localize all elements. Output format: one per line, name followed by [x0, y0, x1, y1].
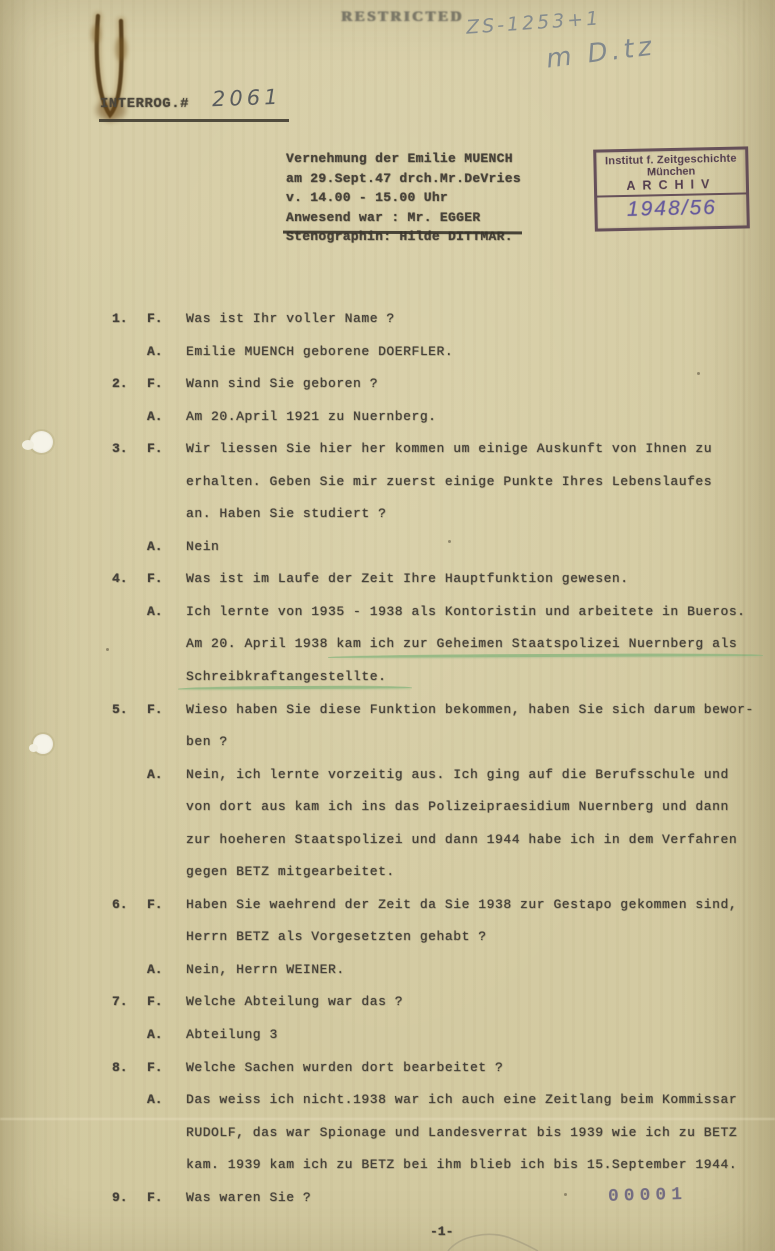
qa-number: 6. — [112, 897, 147, 912]
qa-label: A. — [147, 1092, 186, 1107]
paper-crease — [743, 0, 745, 1251]
qa-label: F. — [147, 376, 186, 391]
qa-text-line: Schreibkraftangestellte. — [186, 669, 767, 684]
qa-line: RUDOLF, das war Spionage und Landesverra… — [112, 1125, 767, 1158]
qa-line: 3.F.Wir liessen Sie hier her kommen um e… — [112, 441, 767, 474]
qa-line: A.Ich lernte von 1935 - 1938 als Kontori… — [112, 604, 767, 637]
qa-text-line: kam. 1939 kam ich zu BETZ bei ihm blieb … — [186, 1157, 767, 1172]
qa-line: Am 20. April 1938 kam ich zur Geheimen S… — [112, 636, 767, 669]
pencil-sketch-fragment — [430, 1232, 550, 1251]
punch-hole — [30, 431, 53, 453]
paper-speck — [564, 1193, 567, 1196]
qa-line: 4.F.Was ist im Laufe der Zeit Ihre Haupt… — [112, 571, 767, 604]
qa-text-line: Nein, Herrn WEINER. — [186, 962, 767, 977]
qa-text-line: Nein, ich lernte vorzeitig aus. Ich ging… — [186, 767, 767, 782]
qa-number: 8. — [112, 1060, 147, 1075]
header-line: v. 14.00 - 15.00 Uhr — [286, 188, 521, 208]
qa-line: an. Haben Sie studiert ? — [112, 506, 767, 539]
qa-text-line: Das weiss ich nicht.1938 war ich auch ei… — [186, 1092, 767, 1107]
qa-text-line: Am 20.April 1921 zu Nuernberg. — [186, 409, 767, 424]
qa-line: ben ? — [112, 734, 767, 767]
qa-number: 7. — [112, 994, 147, 1009]
qa-line: 8.F.Welche Sachen wurden dort bearbeitet… — [112, 1060, 767, 1093]
paper-speck — [697, 372, 700, 375]
qa-label: A. — [147, 962, 186, 977]
qa-number: 3. — [112, 441, 147, 456]
pencil-signature-note: ZS-1253+1 — [465, 7, 602, 38]
qa-label: A. — [147, 1027, 186, 1042]
qa-label: A. — [147, 604, 186, 619]
qa-label: F. — [147, 702, 186, 717]
qa-text-line: Wann sind Sie geboren ? — [186, 376, 767, 391]
qa-line: erhalten. Geben Sie mir zuerst einige Pu… — [112, 474, 767, 507]
qa-line: A.Nein — [112, 539, 767, 572]
qa-line: Schreibkraftangestellte. — [112, 669, 767, 702]
qa-number: 1. — [112, 311, 147, 326]
qa-number: 4. — [112, 571, 147, 586]
qa-text-line: Welche Abteilung war das ? — [186, 994, 767, 1009]
pencil-initials-note: m D.tz — [545, 31, 658, 74]
qa-line: A.Am 20.April 1921 zu Nuernberg. — [112, 409, 767, 442]
qa-label: F. — [147, 897, 186, 912]
serial-number-stamp: 00001 — [608, 1185, 688, 1207]
paper-speck — [448, 540, 451, 543]
qa-line: A.Abteilung 3 — [112, 1027, 767, 1060]
green-underlined-text: kam ich zur Geheimen Staatspolizei Nuern… — [336, 636, 737, 651]
qa-text-line: Haben Sie waehrend der Zeit da Sie 1938 … — [186, 897, 767, 912]
qa-label: A. — [147, 767, 186, 782]
qa-line: 1.F.Was ist Ihr voller Name ? — [112, 311, 767, 344]
qa-line: A.Nein, Herrn WEINER. — [112, 962, 767, 995]
document-page: RESTRICTED ZS-1253+1 m D.tz INTERROG.# 2… — [0, 0, 775, 1251]
qa-line: 2.F.Wann sind Sie geboren ? — [112, 376, 767, 409]
punch-hole — [33, 734, 53, 754]
qa-text-line: zur hoeheren Staatspolizei und dann 1944… — [186, 832, 767, 847]
qa-text-line: Nein — [186, 539, 767, 554]
qa-text-line: Ich lernte von 1935 - 1938 als Kontorist… — [186, 604, 767, 619]
qa-line: A.Nein, ich lernte vorzeitig aus. Ich gi… — [112, 767, 767, 800]
archive-stamp-number-handwritten: 1948/56 — [597, 195, 746, 222]
qa-label: F. — [147, 311, 186, 326]
qa-number: 5. — [112, 702, 147, 717]
qa-block: 1.F.Was ist Ihr voller Name ?A.Emilie MU… — [112, 311, 767, 1222]
qa-number: 2. — [112, 376, 147, 391]
qa-line: gegen BETZ mitgearbeitet. — [112, 864, 767, 897]
qa-text-line: Abteilung 3 — [186, 1027, 767, 1042]
qa-text-line: Am 20. April 1938 kam ich zur Geheimen S… — [186, 636, 767, 651]
qa-line: zur hoeheren Staatspolizei und dann 1944… — [112, 832, 767, 865]
qa-text-line: von dort aus kam ich ins das Polizeiprae… — [186, 799, 767, 814]
interrog-label: INTERROG.# — [100, 96, 189, 112]
header-line: Anwesend war : Mr. EGGER — [286, 208, 521, 228]
header-line: Vernehmung der Emilie MUENCH — [286, 149, 521, 169]
paper-speck — [652, 170, 655, 173]
qa-text-line: Emilie MUENCH geborene DOERFLER. — [186, 344, 767, 359]
restricted-stamp: RESTRICTED — [341, 9, 464, 26]
paper-speck — [106, 648, 109, 651]
qa-text-line: ben ? — [186, 734, 767, 749]
qa-line: von dort aus kam ich ins das Polizeiprae… — [112, 799, 767, 832]
qa-text-line: Welche Sachen wurden dort bearbeitet ? — [186, 1060, 767, 1075]
header-line: am 29.Sept.47 drch.Mr.DeVries — [286, 169, 521, 189]
qa-line: Herrn BETZ als Vorgesetzten gehabt ? — [112, 929, 767, 962]
qa-text-line: RUDOLF, das war Spionage und Landesverra… — [186, 1125, 767, 1140]
qa-label: A. — [147, 344, 186, 359]
qa-label: A. — [147, 409, 186, 424]
qa-number: 9. — [112, 1190, 147, 1205]
qa-line: 6.F.Haben Sie waehrend der Zeit da Sie 1… — [112, 897, 767, 930]
paper-crease — [0, 1118, 775, 1120]
archive-stamp: Institut f. Zeitgeschichte München ARCHI… — [593, 146, 750, 231]
qa-label: F. — [147, 1190, 186, 1205]
interrog-number-handwritten: 2061 — [212, 85, 282, 111]
qa-label: F. — [147, 441, 186, 456]
qa-label: F. — [147, 571, 186, 586]
qa-text-line: Was ist im Laufe der Zeit Ihre Hauptfunk… — [186, 571, 767, 586]
qa-text-line: Wir liessen Sie hier her kommen um einig… — [186, 441, 767, 456]
qa-label: F. — [147, 1060, 186, 1075]
qa-line: 5.F.Wieso haben Sie diese Funktion bekom… — [112, 702, 767, 735]
qa-label: F. — [147, 994, 186, 1009]
qa-text-line: Herrn BETZ als Vorgesetzten gehabt ? — [186, 929, 767, 944]
qa-text-line: Wieso haben Sie diese Funktion bekommen,… — [186, 702, 767, 717]
qa-line: 7.F.Welche Abteilung war das ? — [112, 994, 767, 1027]
qa-text-line: Was ist Ihr voller Name ? — [186, 311, 767, 326]
archive-stamp-archiv: ARCHIV — [597, 176, 746, 197]
qa-label: A. — [147, 539, 186, 554]
qa-text-line: gegen BETZ mitgearbeitet. — [186, 864, 767, 879]
qa-text-line: erhalten. Geben Sie mir zuerst einige Pu… — [186, 474, 767, 489]
qa-line: A.Emilie MUENCH geborene DOERFLER. — [112, 344, 767, 377]
green-underlined-text: Schreibkraftangestellte. — [186, 669, 386, 684]
qa-text-line: an. Haben Sie studiert ? — [186, 506, 767, 521]
interrog-underline — [99, 119, 289, 122]
